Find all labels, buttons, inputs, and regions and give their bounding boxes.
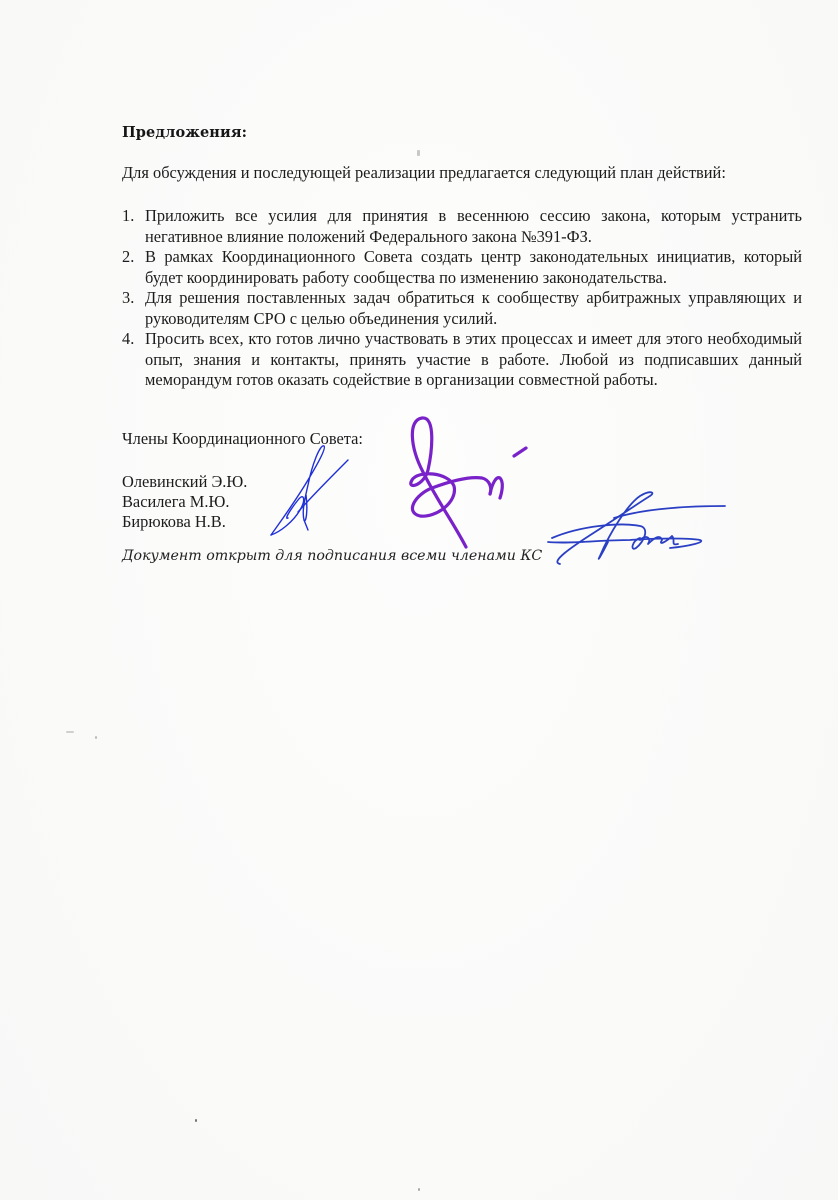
scan-speck	[195, 1119, 197, 1122]
plan-item: 2. В рамках Координационного Совета созд…	[122, 247, 802, 288]
document-page: Предложения: Для обсуждения и последующе…	[0, 0, 838, 1200]
member-name: Василега М.Ю.	[122, 492, 247, 512]
signature-blue-1-icon	[268, 440, 358, 540]
member-name: Олевинский Э.Ю.	[122, 472, 247, 492]
signing-note: Документ открыт для подписания всеми чле…	[122, 548, 542, 564]
plan-item-text: Просить всех, кто готов лично участвоват…	[145, 329, 802, 391]
plan-item-number: 4.	[122, 329, 134, 350]
plan-item-text: Приложить все усилия для принятия в весе…	[145, 206, 802, 247]
signature-blue-2-icon	[540, 482, 730, 572]
scan-speck	[66, 731, 74, 733]
plan-item-number: 2.	[122, 247, 134, 268]
plan-item: 3. Для решения поставленных задач обрати…	[122, 288, 802, 329]
scan-speck	[95, 736, 97, 739]
plan-item-number: 1.	[122, 206, 134, 227]
scan-speck	[417, 150, 420, 156]
scan-speck	[418, 1188, 420, 1191]
member-name: Бирюкова Н.В.	[122, 512, 247, 532]
signature-purple-icon	[398, 412, 528, 552]
section-heading: Предложения:	[122, 124, 247, 141]
action-plan-list: 1. Приложить все усилия для принятия в в…	[122, 206, 802, 391]
plan-item: 1. Приложить все усилия для принятия в в…	[122, 206, 802, 247]
plan-item: 4. Просить всех, кто готов лично участво…	[122, 329, 802, 391]
members-title: Члены Координационного Совета:	[122, 429, 363, 449]
plan-item-text: В рамках Координационного Совета создать…	[145, 247, 802, 288]
members-list: Олевинский Э.Ю. Василега М.Ю. Бирюкова Н…	[122, 472, 247, 532]
plan-item-text: Для решения поставленных задач обратитьс…	[145, 288, 802, 329]
plan-item-number: 3.	[122, 288, 134, 309]
intro-paragraph: Для обсуждения и последующей реализации …	[122, 163, 726, 183]
